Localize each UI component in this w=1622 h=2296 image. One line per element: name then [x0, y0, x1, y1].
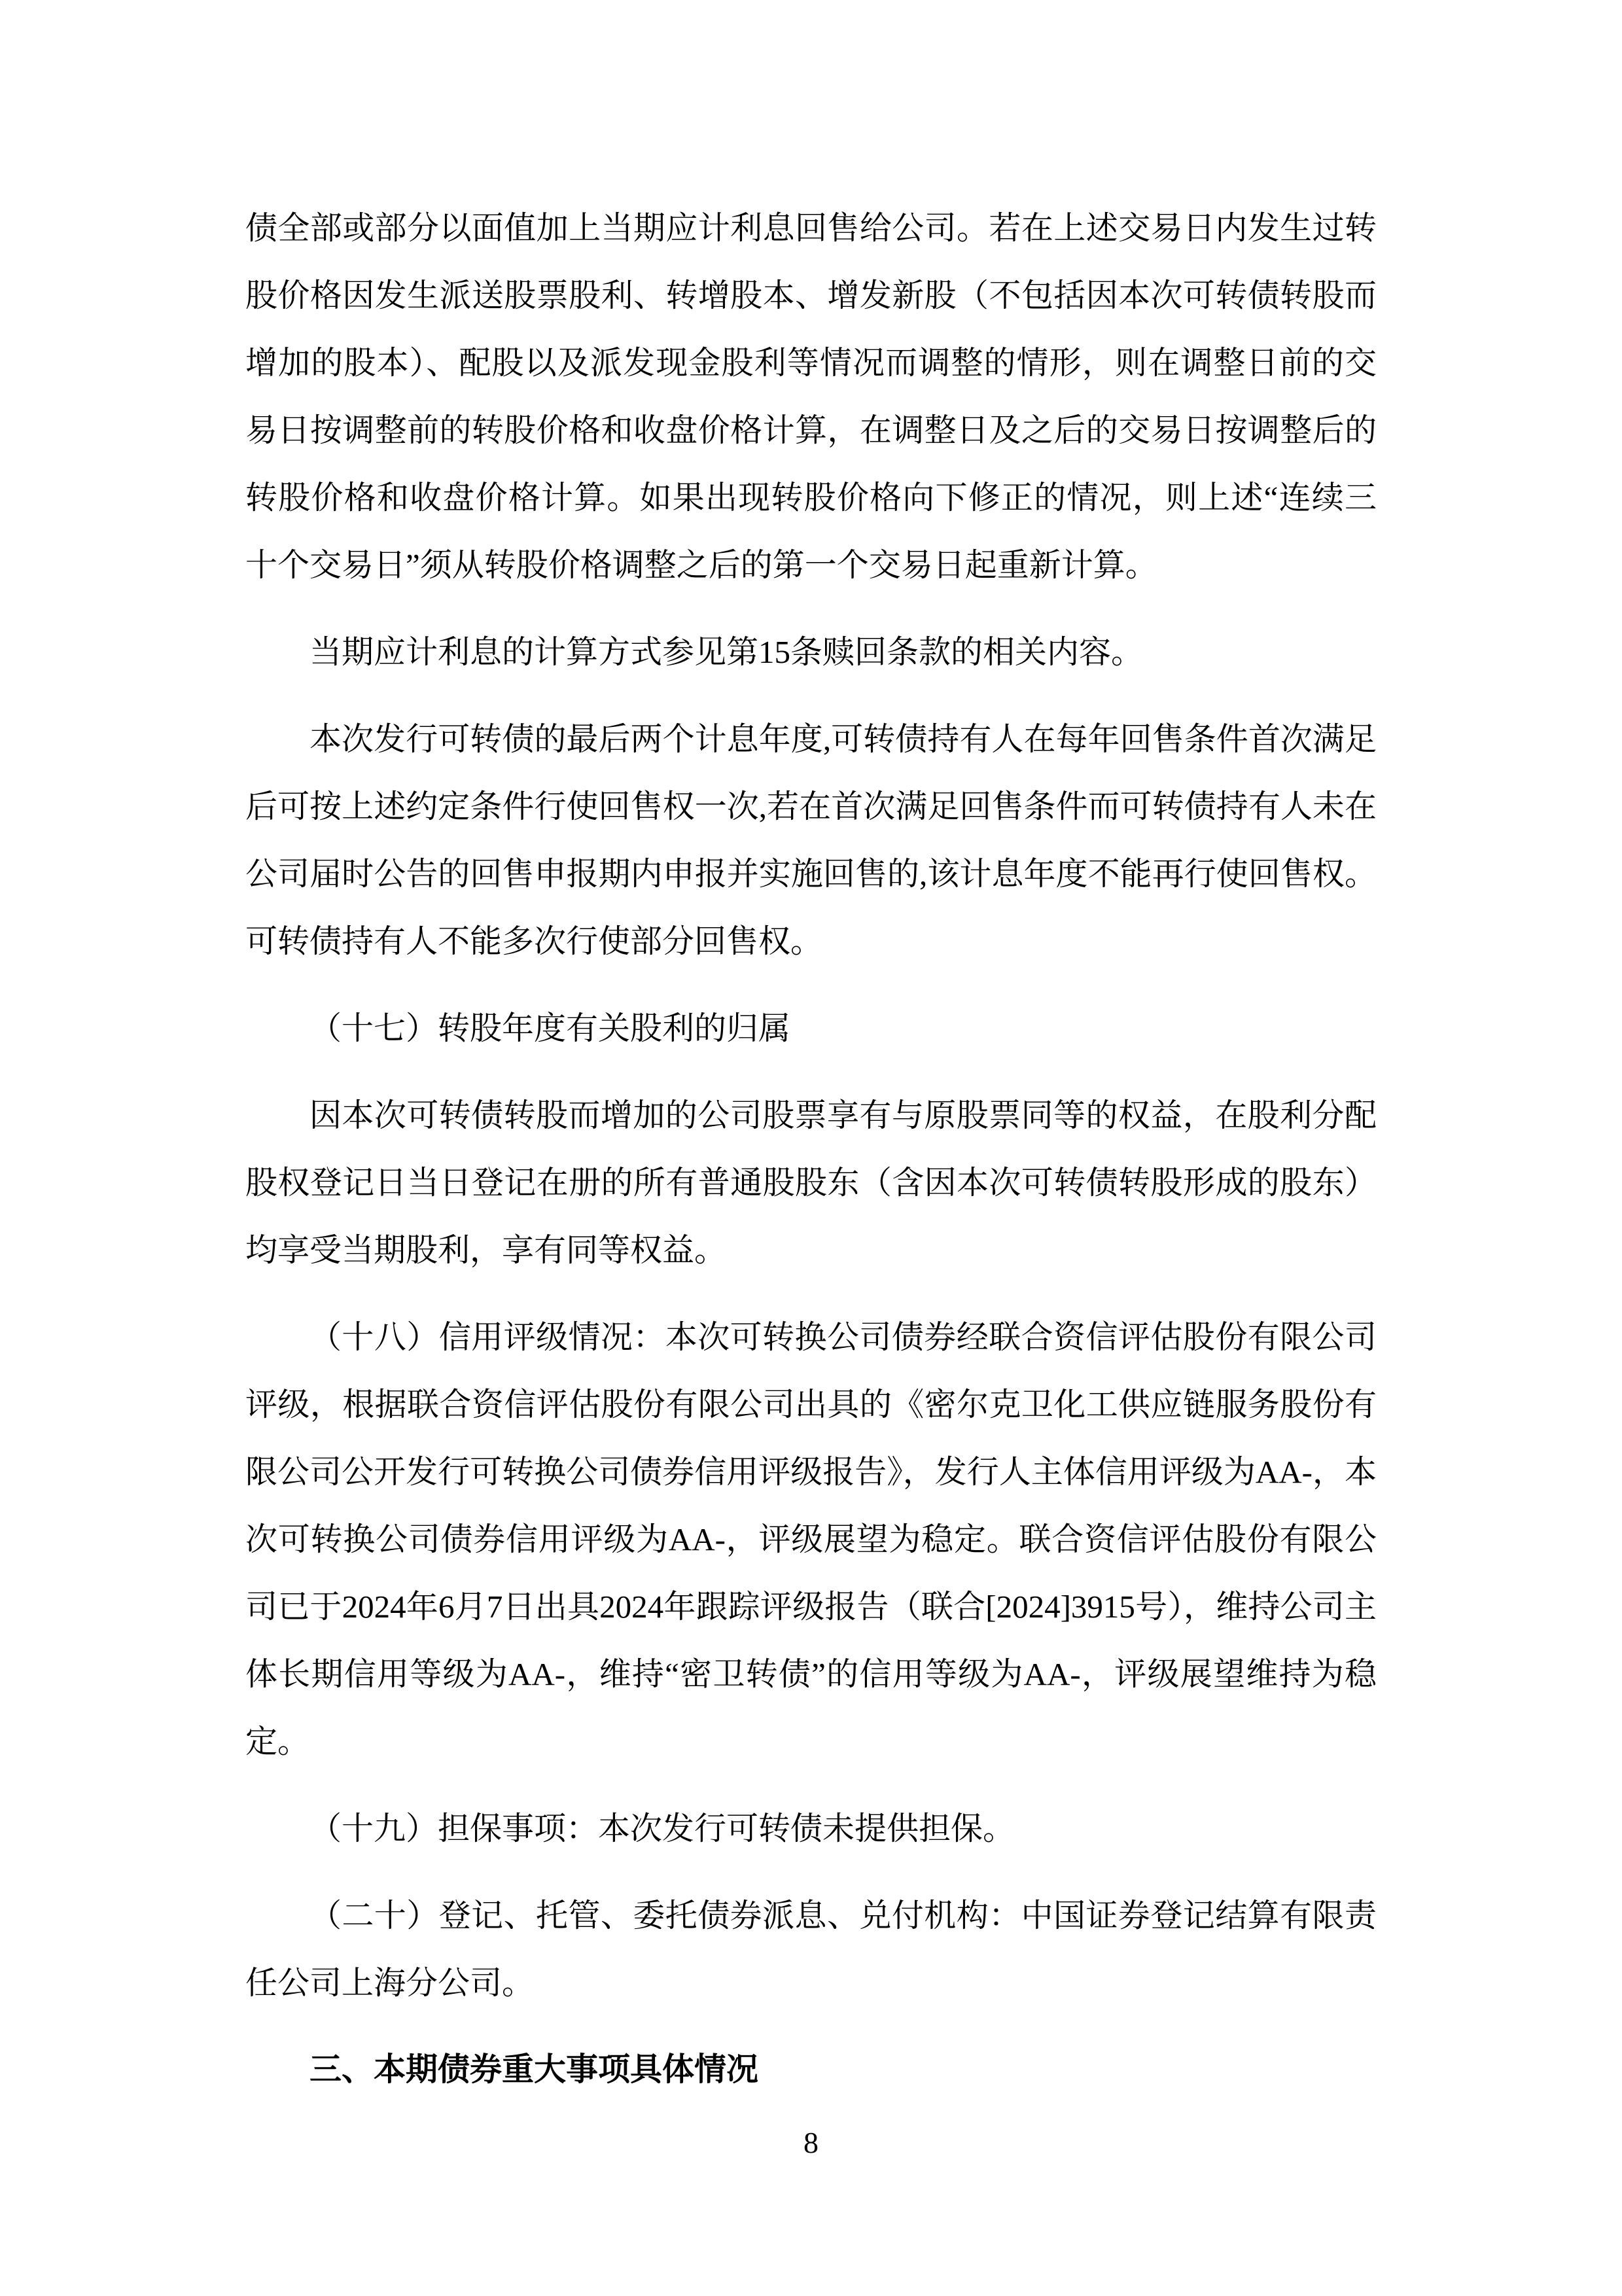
- heading-item-17-dividend-attribution: （十七）转股年度有关股利的归属: [245, 995, 1377, 1062]
- document-page: 债全部或部分以面值加上当期应计利息回售给公司。若在上述交易日内发生过转股价格因发…: [0, 0, 1622, 2296]
- para-put-right-exercise-limit: 本次发行可转债的最后两个计息年度,可转债持有人在每年回售条件首次满足后可按上述约…: [245, 705, 1377, 975]
- para-dividend-rights: 因本次可转债转股而增加的公司股票享有与原股票同等的权益，在股利分配股权登记日当日…: [245, 1082, 1377, 1284]
- para-put-price-adjustment: 债全部或部分以面值加上当期应计利息回售给公司。若在上述交易日内发生过转股价格因发…: [245, 194, 1377, 599]
- para-item-19-guarantee: （十九）担保事项：本次发行可转债未提供担保。: [245, 1795, 1377, 1862]
- para-accrued-interest-reference: 当期应计利息的计算方式参见第15条赎回条款的相关内容。: [245, 618, 1377, 686]
- para-item-18-credit-rating: （十八）信用评级情况：本次可转换公司债券经联合资信评估股份有限公司评级，根据联合…: [245, 1303, 1377, 1775]
- para-item-20-registrar: （二十）登记、托管、委托债券派息、兑付机构：中国证券登记结算有限责任公司上海分公…: [245, 1882, 1377, 2017]
- document-body: 债全部或部分以面值加上当期应计利息回售给公司。若在上述交易日内发生过转股价格因发…: [245, 194, 1377, 2123]
- page-number: 8: [0, 2128, 1622, 2158]
- heading-section-3-major-events: 三、本期债券重大事项具体情况: [245, 2036, 1377, 2104]
